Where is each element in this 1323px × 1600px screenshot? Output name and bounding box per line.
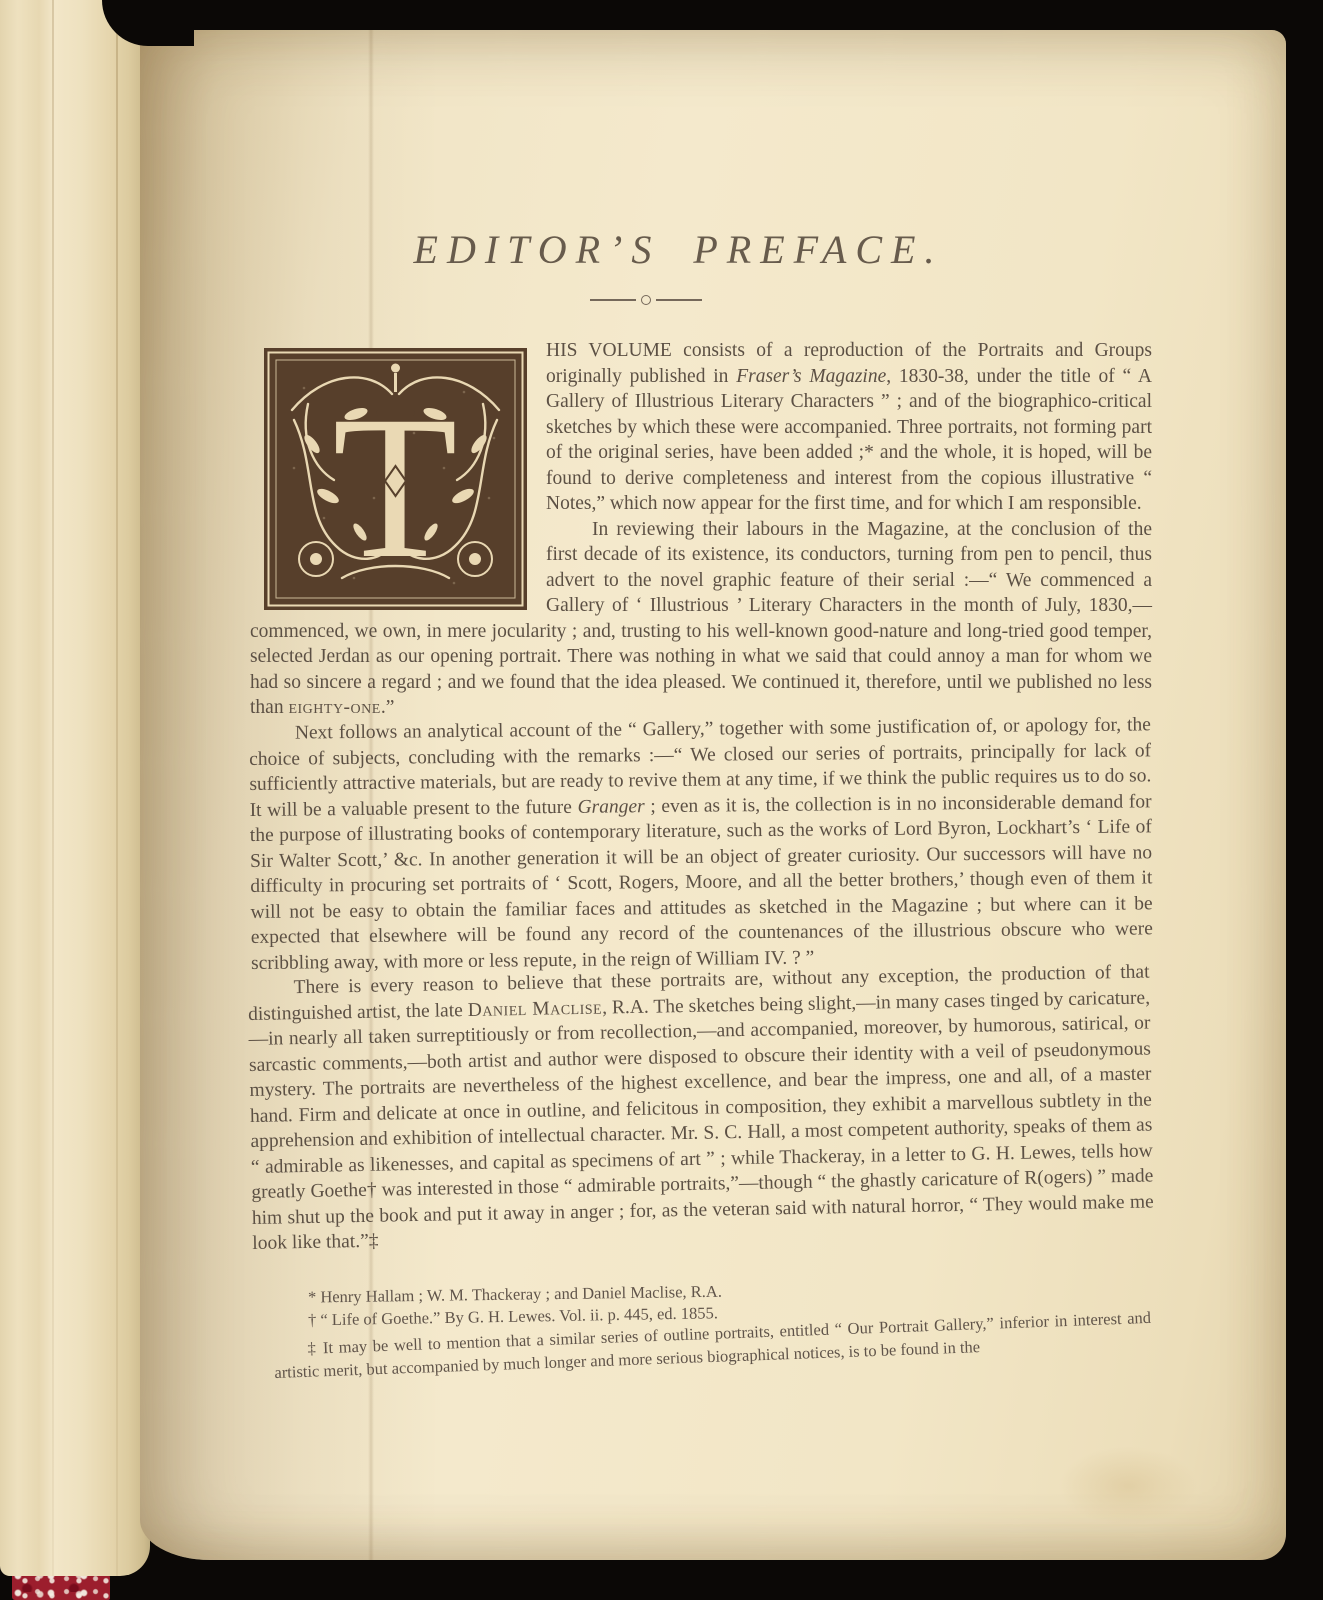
page-stain xyxy=(1058,1446,1198,1526)
body-text: T HIS VOLUME consists of a reproduction … xyxy=(250,338,1152,1256)
page-content: EDITOR’S PREFACE. xyxy=(250,226,1152,1384)
divider-ring-icon xyxy=(641,295,651,305)
page-edges-stack xyxy=(0,0,150,1576)
text-run: Fraser’s Magazine xyxy=(736,366,886,387)
text-run: , 1830-38, under the title of “ A Galler… xyxy=(546,366,1152,515)
drop-cap-ornament: T xyxy=(264,348,527,610)
photo-of-book-page: EDITOR’S PREFACE. xyxy=(0,0,1323,1600)
section-divider xyxy=(581,295,711,305)
drop-cap-illustration: T xyxy=(264,348,527,610)
paragraph: There is every reason to believe that th… xyxy=(247,959,1154,1256)
divider-line-right xyxy=(656,299,702,301)
text-run: Granger xyxy=(577,795,644,817)
text-run: eighty-one xyxy=(288,697,380,718)
footnotes: * Henry Hallam ; W. M. Thackeray ; and D… xyxy=(274,1286,1152,1384)
drop-cap-letter: T xyxy=(332,374,457,601)
divider-line-left xyxy=(590,299,636,301)
paragraph: Next follows an analytical account of th… xyxy=(249,712,1153,976)
text-run: , R.A. The sketches being slight,—in man… xyxy=(248,986,1154,1253)
text-run: Daniel Maclise xyxy=(468,997,603,1020)
text-run: .” xyxy=(381,697,395,718)
page-title: EDITOR’S PREFACE. xyxy=(250,226,1107,273)
book-page: EDITOR’S PREFACE. xyxy=(140,30,1286,1560)
